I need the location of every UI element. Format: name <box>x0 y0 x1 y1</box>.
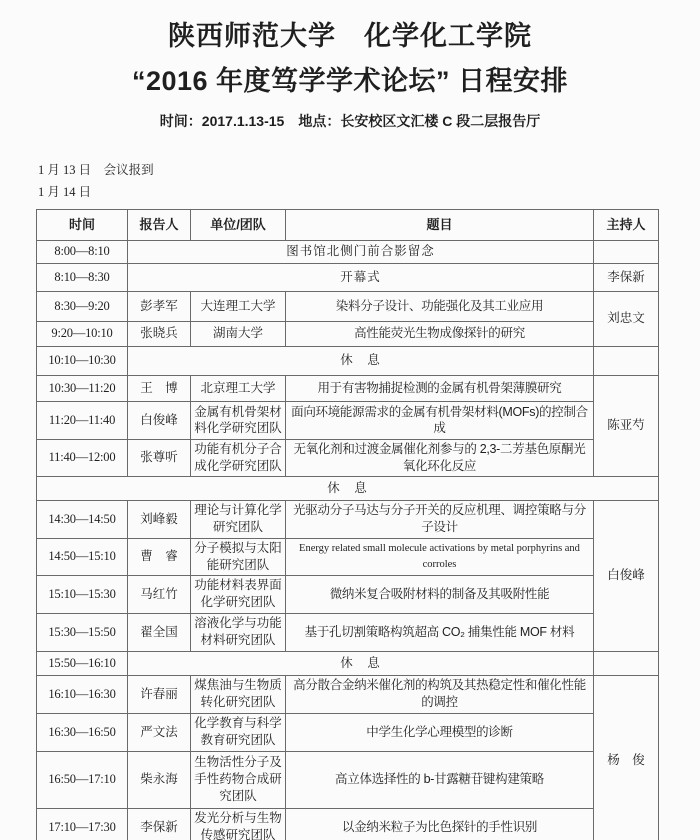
table-row: 8:00—8:10 图书馆北侧门前合影留念 <box>37 240 659 263</box>
table-row: 11:40—12:00 张尊听 功能有机分子合成化学研究团队 无氧化剂和过渡金属… <box>37 439 659 476</box>
col-header-speaker: 报告人 <box>128 209 191 240</box>
cell-unit: 溶液化学与功能材料研究团队 <box>191 613 286 651</box>
table-row: 16:10—16:30 许春丽 煤焦油与生物质转化研究团队 高分散合金纳米催化剂… <box>37 675 659 713</box>
cell-host: 白俊峰 <box>594 500 659 651</box>
cell-title: 微纳米复合吸附材料的制备及其吸附性能 <box>286 575 594 613</box>
cell-time: 9:20—10:10 <box>37 321 128 346</box>
cell-time: 16:10—16:30 <box>37 675 128 713</box>
cell-title: Energy related small molecule activation… <box>286 538 594 575</box>
table-row: 9:20—10:10 张晓兵 湖南大学 高性能荧光生物成像探针的研究 <box>37 321 659 346</box>
cell-unit: 功能材料表界面化学研究团队 <box>191 575 286 613</box>
cell-speaker: 许春丽 <box>128 675 191 713</box>
cell-time: 10:10—10:30 <box>37 346 128 375</box>
col-header-host: 主持人 <box>594 209 659 240</box>
page-title: 陕西师范大学 化学化工学院 <box>0 0 700 52</box>
cell-speaker: 彭孝军 <box>128 291 191 321</box>
cell-event: 开幕式 <box>128 263 594 291</box>
cell-time: 11:40—12:00 <box>37 439 128 476</box>
cell-speaker: 马红竹 <box>128 575 191 613</box>
cell-time: 8:10—8:30 <box>37 263 128 291</box>
cell-host: 李保新 <box>594 263 659 291</box>
cell-time: 8:30—9:20 <box>37 291 128 321</box>
cell-speaker: 翟全国 <box>128 613 191 651</box>
table-row: 8:10—8:30 开幕式 李保新 <box>37 263 659 291</box>
table-row: 16:30—16:50 严文法 化学教育与科学教育研究团队 中学生化学心理模型的… <box>37 713 659 751</box>
cell-title: 高立体选择性的 b-甘露糖苷键构建策略 <box>286 751 594 808</box>
cell-host-empty <box>594 651 659 675</box>
cell-speaker: 张晓兵 <box>128 321 191 346</box>
page-subtitle: “2016 年度笃学学术论坛” 日程安排 <box>0 67 700 97</box>
table-row: 15:50—16:10 休 息 <box>37 651 659 675</box>
table-row: 10:30—11:20 王 博 北京理工大学 用于有害物捕捉检测的金属有机骨架薄… <box>37 375 659 401</box>
schedule-table: 时间 报告人 单位/团队 题目 主持人 8:00—8:10 图书馆北侧门前合影留… <box>36 209 659 840</box>
cell-title: 用于有害物捕捉检测的金属有机骨架薄膜研究 <box>286 375 594 401</box>
cell-time: 8:00—8:10 <box>37 240 128 263</box>
cell-title: 光驱动分子马达与分子开关的反应机理、调控策略与分子设计 <box>286 500 594 538</box>
cell-time: 15:10—15:30 <box>37 575 128 613</box>
col-header-time: 时间 <box>37 209 128 240</box>
cell-unit: 分子模拟与太阳能研究团队 <box>191 538 286 575</box>
cell-title: 面向环境能源需求的金属有机骨架材料(MOFs)的控制合成 <box>286 401 594 439</box>
cell-unit: 湖南大学 <box>191 321 286 346</box>
cell-title: 中学生化学心理模型的诊断 <box>286 713 594 751</box>
cell-speaker: 张尊听 <box>128 439 191 476</box>
cell-title: 染料分子设计、功能强化及其工业应用 <box>286 291 594 321</box>
cell-time: 16:50—17:10 <box>37 751 128 808</box>
cell-speaker: 李保新 <box>128 808 191 840</box>
table-row: 11:20—11:40 白俊峰 金属有机骨架材料化学研究团队 面向环境能源需求的… <box>37 401 659 439</box>
date-notes: 1 月 13 日 会议报到 1 月 14 日 <box>38 160 700 204</box>
cell-title: 高性能荧光生物成像探针的研究 <box>286 321 594 346</box>
cell-speaker: 柴永海 <box>128 751 191 808</box>
cell-speaker: 刘峰毅 <box>128 500 191 538</box>
cell-event: 休 息 <box>128 346 594 375</box>
cell-host-empty <box>594 346 659 375</box>
cell-time: 17:10—17:30 <box>37 808 128 840</box>
table-row: 8:30—9:20 彭孝军 大连理工大学 染料分子设计、功能强化及其工业应用 刘… <box>37 291 659 321</box>
table-row: 15:10—15:30 马红竹 功能材料表界面化学研究团队 微纳米复合吸附材料的… <box>37 575 659 613</box>
cell-title: 基于孔切割策略构筑超高 CO₂ 捕集性能 MOF 材料 <box>286 613 594 651</box>
cell-host: 杨 俊 <box>594 675 659 840</box>
cell-event: 休 息 <box>37 476 659 500</box>
cell-unit: 理论与计算化学研究团队 <box>191 500 286 538</box>
cell-speaker: 王 博 <box>128 375 191 401</box>
cell-unit: 生物活性分子及手性药物合成研究团队 <box>191 751 286 808</box>
cell-host: 刘忠文 <box>594 291 659 346</box>
cell-event: 休 息 <box>128 651 594 675</box>
cell-title: 以金纳米粒子为比色探针的手性识别 <box>286 808 594 840</box>
cell-speaker: 严文法 <box>128 713 191 751</box>
cell-unit: 功能有机分子合成化学研究团队 <box>191 439 286 476</box>
time-location-line: 时间：2017.1.13-15 地点：长安校区文汇楼 C 段二层报告厅 <box>0 113 700 130</box>
table-row: 17:10—17:30 李保新 发光分析与生物传感研究团队 以金纳米粒子为比色探… <box>37 808 659 840</box>
cell-unit: 金属有机骨架材料化学研究团队 <box>191 401 286 439</box>
cell-speaker: 曹 睿 <box>128 538 191 575</box>
table-row: 16:50—17:10 柴永海 生物活性分子及手性药物合成研究团队 高立体选择性… <box>37 751 659 808</box>
table-header-row: 时间 报告人 单位/团队 题目 主持人 <box>37 209 659 240</box>
table-row: 15:30—15:50 翟全国 溶液化学与功能材料研究团队 基于孔切割策略构筑超… <box>37 613 659 651</box>
document-page: 陕西师范大学 化学化工学院 “2016 年度笃学学术论坛” 日程安排 时间：20… <box>0 0 700 840</box>
cell-unit: 化学教育与科学教育研究团队 <box>191 713 286 751</box>
cell-title: 无氧化剂和过渡金属催化剂参与的 2,3-二芳基色原酮光氧化环化反应 <box>286 439 594 476</box>
cell-time: 16:30—16:50 <box>37 713 128 751</box>
cell-unit: 北京理工大学 <box>191 375 286 401</box>
cell-host: 陈亚芍 <box>594 375 659 476</box>
table-row: 10:10—10:30 休 息 <box>37 346 659 375</box>
table-row: 14:30—14:50 刘峰毅 理论与计算化学研究团队 光驱动分子马达与分子开关… <box>37 500 659 538</box>
cell-unit: 大连理工大学 <box>191 291 286 321</box>
cell-time: 14:30—14:50 <box>37 500 128 538</box>
cell-speaker: 白俊峰 <box>128 401 191 439</box>
cell-time: 15:50—16:10 <box>37 651 128 675</box>
date-note-day2: 1 月 14 日 <box>38 182 700 204</box>
col-header-title: 题目 <box>286 209 594 240</box>
cell-host-empty <box>594 240 659 263</box>
date-note-day1: 1 月 13 日 会议报到 <box>38 160 700 182</box>
cell-title: 高分散合金纳米催化剂的构筑及其热稳定性和催化性能的调控 <box>286 675 594 713</box>
cell-time: 11:20—11:40 <box>37 401 128 439</box>
table-row: 14:50—15:10 曹 睿 分子模拟与太阳能研究团队 Energy rela… <box>37 538 659 575</box>
cell-time: 10:30—11:20 <box>37 375 128 401</box>
table-row-break: 休 息 <box>37 476 659 500</box>
cell-time: 15:30—15:50 <box>37 613 128 651</box>
cell-time: 14:50—15:10 <box>37 538 128 575</box>
col-header-unit: 单位/团队 <box>191 209 286 240</box>
cell-unit: 发光分析与生物传感研究团队 <box>191 808 286 840</box>
cell-event: 图书馆北侧门前合影留念 <box>128 240 594 263</box>
cell-unit: 煤焦油与生物质转化研究团队 <box>191 675 286 713</box>
